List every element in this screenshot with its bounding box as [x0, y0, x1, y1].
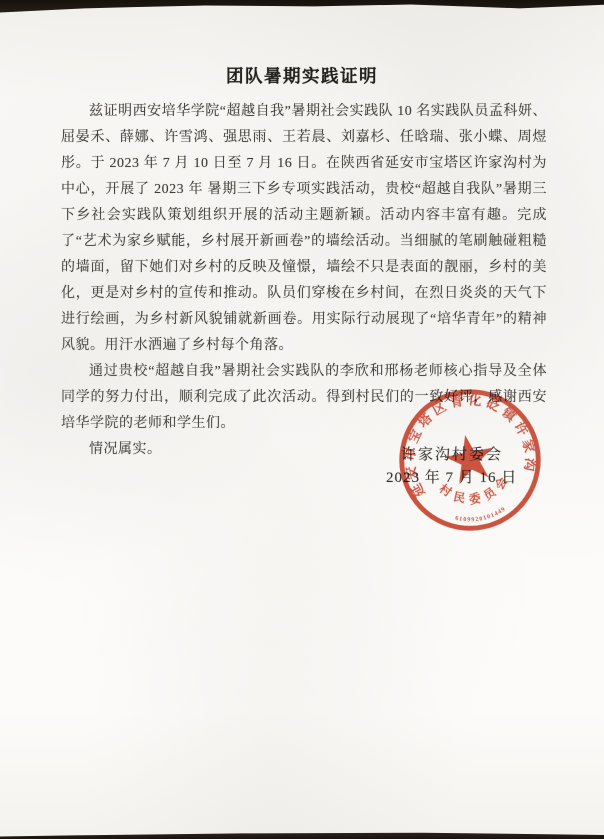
seal-serial-number: 6109920101449 — [453, 506, 508, 528]
certificate-page: 团队暑期实践证明 兹证明西安培华学院“超越自我”暑期社会实践队 10 名实践队员… — [0, 0, 604, 839]
scanned-certificate: 团队暑期实践证明 兹证明西安培华学院“超越自我”暑期社会实践队 10 名实践队员… — [0, 0, 604, 839]
certificate-title: 团队暑期实践证明 — [0, 0, 604, 88]
official-seal: 延安市宝塔区青化砭镇许家沟 村民委员会 6109920101449 — [379, 369, 562, 552]
body-paragraph-1: 兹证明西安培华学院“超越自我”暑期社会实践队 10 名实践队员孟科妍、屈晏禾、薛… — [61, 99, 547, 359]
seal-bottom-text: 村民委员会 — [435, 468, 517, 512]
seal-star-icon — [442, 431, 498, 485]
